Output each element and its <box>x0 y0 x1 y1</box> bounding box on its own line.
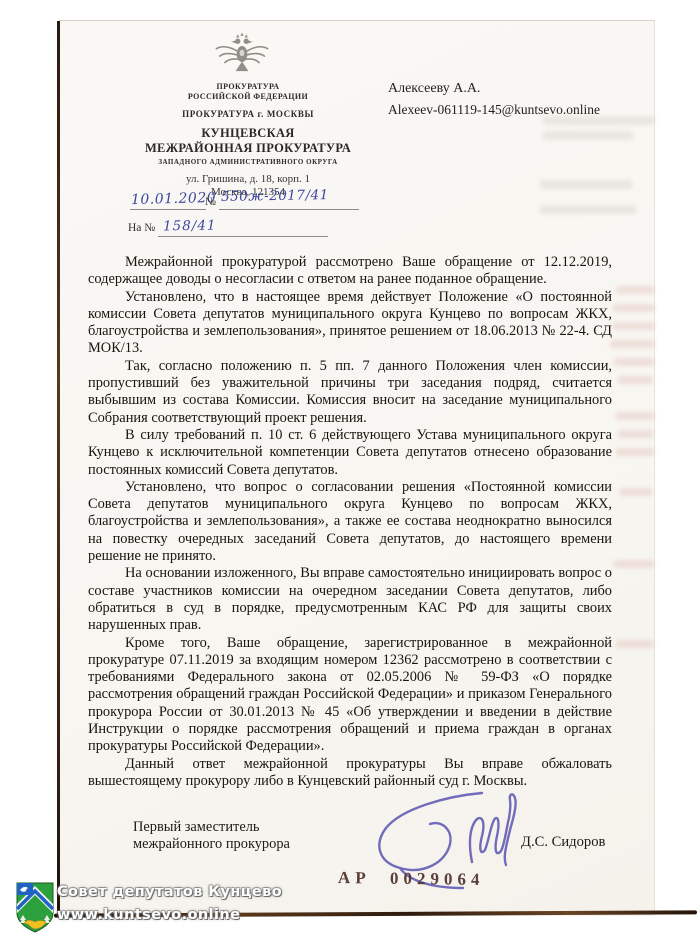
body-paragraph: Кроме того, Ваше обращение, зарегистриро… <box>88 635 612 756</box>
signer-position: Первый заместитель межрайонного прокурор… <box>133 819 290 853</box>
form-line <box>130 209 206 210</box>
org-name-line: ПРОКУРАТУРА г. МОСКВЫ <box>128 109 368 119</box>
org-name-line: КУНЦЕВСКАЯ <box>128 126 368 141</box>
bleed-through <box>616 640 654 648</box>
watermark-org-name: Совет депутатов Кунцево <box>57 884 282 900</box>
bleed-through <box>543 131 633 140</box>
org-district-line: ЗАПАДНОГО АДМИНИСТРАТИВНОГО ОКРУГА <box>128 158 368 166</box>
bleed-through <box>620 488 652 496</box>
form-serial-number: АР 0029064 <box>338 868 485 890</box>
letter-body: Межрайонной прокуратурой рассмотрено Ваш… <box>88 254 612 790</box>
recipient-email: Alexeev-061119-145@kuntsevo.online <box>388 102 600 118</box>
org-name-line: ПРОКУРАТУРА <box>128 82 368 92</box>
bleed-through <box>540 205 636 214</box>
signer-position-line: межрайонного прокурора <box>133 836 290 853</box>
bleed-through <box>610 340 655 348</box>
bleed-through <box>616 412 654 420</box>
scanned-letter-page: ПРОКУРАТУРА РОССИЙСКОЙ ФЕДЕРАЦИИ ПРОКУРА… <box>0 0 700 939</box>
org-address-line: ул. Гришина, д. 18, корп. 1 <box>128 173 368 186</box>
reply-to-label: На № <box>128 222 155 234</box>
scan-edge-left <box>57 21 60 914</box>
org-name-line: МЕЖРАЙОННАЯ ПРОКУРАТУРА <box>128 141 368 156</box>
org-name-line: РОССИЙСКОЙ ФЕДЕРАЦИИ <box>128 92 368 102</box>
outgoing-number-handwritten: 550ж-2017/41 <box>221 187 329 205</box>
reply-number-handwritten: 158/41 <box>163 218 217 235</box>
bleed-through <box>613 322 655 330</box>
signer-position-line: Первый заместитель <box>133 819 290 836</box>
watermark-site-url: www.kuntsevo.online <box>57 907 240 923</box>
signer-name: Д.С. Сидоров <box>521 834 605 851</box>
body-paragraph: Так, согласно положению п. 5 пп. 7 данно… <box>88 358 612 427</box>
number-sign-label: № <box>205 196 216 208</box>
outgoing-date-handwritten: 10.01.2020 <box>131 190 217 208</box>
form-line <box>219 209 359 210</box>
bleed-through <box>618 430 653 438</box>
scan-edge-right <box>654 21 655 914</box>
body-paragraph: Данный ответ межрайонной прокуратуры Вы … <box>88 756 612 791</box>
scan-edge-top <box>59 20 655 21</box>
bleed-through <box>614 358 654 366</box>
body-paragraph: Установлено, что вопрос о согласовании р… <box>88 479 612 565</box>
form-line <box>158 236 328 237</box>
kuntsevo-coat-of-arms-icon <box>16 882 54 934</box>
bleed-through <box>613 304 655 312</box>
russia-coat-of-arms-eagle-icon <box>210 31 274 77</box>
body-paragraph: Межрайонной прокуратурой рассмотрено Ваш… <box>88 254 612 289</box>
letterhead: ПРОКУРАТУРА РОССИЙСКОЙ ФЕДЕРАЦИИ ПРОКУРА… <box>128 82 368 199</box>
bleed-through <box>618 376 653 384</box>
bleed-through <box>614 560 654 568</box>
body-paragraph: Установлено, что в настоящее время дейст… <box>88 289 612 358</box>
recipient-name: Алексееву А.А. <box>388 81 480 97</box>
bleed-through <box>616 286 654 294</box>
body-paragraph: В силу требований п. 10 ст. 6 действующе… <box>88 427 612 479</box>
body-paragraph: На основании изложенного, Вы вправе само… <box>88 565 612 634</box>
bleed-through <box>616 448 654 456</box>
bleed-through <box>540 180 632 189</box>
